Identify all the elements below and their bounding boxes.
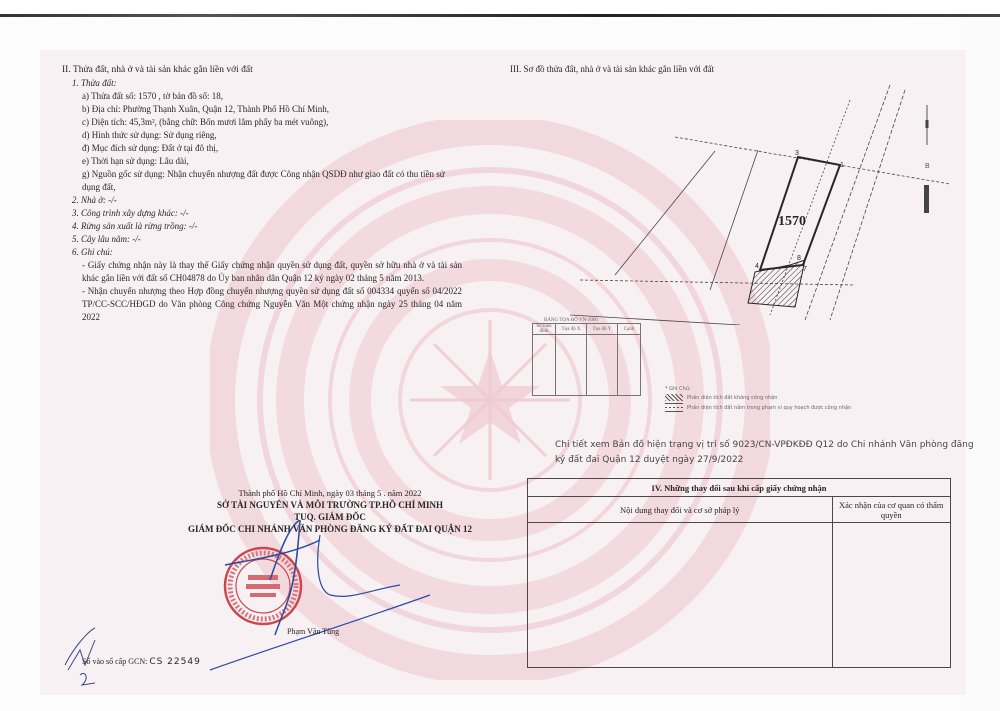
other-item: 4. Rừng sản xuất là rừng trồng: -/- <box>62 220 462 233</box>
registry-serial: Số vào sổ cấp GCN: CS 22549 <box>82 657 201 667</box>
svg-text:1: 1 <box>840 162 844 169</box>
map-section-title: III. Sơ đồ thửa đất, nhà ở và tài sản kh… <box>510 64 714 74</box>
serial-value: CS 22549 <box>149 657 201 667</box>
changes-content-cell <box>528 523 833 668</box>
coordinate-table: BẢNG TỌA ĐỘ VN-2000 Số hiệu đỉnh Tọa độ … <box>532 318 641 396</box>
notes-heading: 6. Ghi chú: <box>62 246 462 259</box>
other-item: 5. Cây lâu năm: -/- <box>62 233 462 246</box>
land-item: d) Hình thức sử dụng: Sử dụng riêng, <box>62 129 462 142</box>
svg-text:B: B <box>925 163 930 170</box>
section-title: II. Thửa đất, nhà ở và tài sản khác gắn … <box>62 64 462 77</box>
other-item: 3. Công trình xây dựng khác: -/- <box>62 207 462 220</box>
changes-col-confirmation: Xác nhận của cơ quan có thẩm quyền <box>832 497 950 523</box>
land-item: a) Thửa đất số: 1570 , tờ bản đồ số: 18, <box>62 90 462 103</box>
scan-edge-line <box>0 14 1000 17</box>
land-info-section: II. Thửa đất, nhà ở và tài sản khác gắn … <box>62 64 462 324</box>
note-item: - Giấy chứng nhận này là thay thế Giấy c… <box>62 259 462 285</box>
land-item: g) Nguồn gốc sử dụng: Nhận chuyển nhượng… <box>62 168 462 194</box>
land-heading: 1. Thửa đất: <box>62 77 462 90</box>
dashed-pattern-icon <box>665 403 683 412</box>
svg-text:8: 8 <box>797 255 801 262</box>
legend-title: * Ghi Chú: <box>665 385 851 394</box>
map-legend: * Ghi Chú: Phần diện tích đất không công… <box>665 385 851 413</box>
changes-confirmation-cell <box>832 523 950 668</box>
land-item: đ) Mục đích sử dụng: Đất ở tại đô thị, <box>62 142 462 155</box>
issuing-agency: SỞ TÀI NGUYÊN VÀ MÔI TRƯỜNG TP.HỒ CHÍ MI… <box>150 499 510 511</box>
land-item: c) Diện tích: 45,3m², (bằng chữ: Bốn mươ… <box>62 116 462 129</box>
changes-table: IV. Những thay đổi sau khi cấp giấy chứn… <box>527 478 951 668</box>
place-date: Thành phố Hồ Chí Minh, ngày 03 tháng 5 .… <box>150 487 510 499</box>
other-item: 2. Nhà ở: -/- <box>62 194 462 207</box>
signer-name: Phạm Văn Tùng <box>287 627 339 636</box>
land-item: e) Thời hạn sử dụng: Lâu dài, <box>62 155 462 168</box>
note-item: - Nhận chuyển nhượng theo Hợp đồng chuyể… <box>62 285 462 324</box>
north-arrow-icon: B <box>915 100 945 220</box>
svg-text:4: 4 <box>755 263 759 270</box>
legend-item: Phần diện tích đất nằm trong phạm vi quy… <box>665 403 851 413</box>
parcel-number: 1570 <box>778 214 806 229</box>
scan-right-margin <box>966 17 1000 711</box>
svg-text:3: 3 <box>795 150 799 157</box>
serial-label: Số vào sổ cấp GCN: <box>82 657 147 666</box>
scan-top-margin <box>0 0 1000 14</box>
signature-icon <box>50 520 450 700</box>
parcel-map-diagram: 1570 3 1 4 8 7 <box>510 75 950 325</box>
legend-item: Phần diện tích đất không công nhận <box>665 394 851 403</box>
changes-col-content: Nội dung thay đổi và cơ sở pháp lý <box>528 497 833 523</box>
changes-title: IV. Những thay đổi sau khi cấp giấy chứn… <box>528 479 951 497</box>
detail-reference-note: Chi tiết xem Bản đồ hiện trạng vị trí số… <box>555 438 975 468</box>
svg-text:7: 7 <box>803 266 807 273</box>
hatch-pattern-icon <box>665 394 683 401</box>
land-item: b) Địa chỉ: Phường Thạnh Xuân, Quận 12, … <box>62 103 462 116</box>
